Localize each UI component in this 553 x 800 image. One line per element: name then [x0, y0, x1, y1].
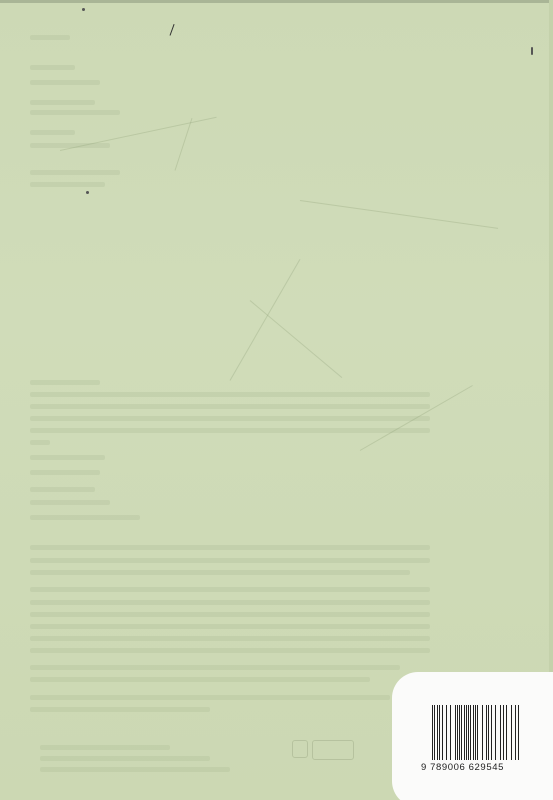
scratch-mark: [170, 24, 175, 36]
scratch-mark: [300, 200, 498, 229]
barcode-bar: [519, 705, 520, 760]
ghost-text-line: [30, 545, 430, 550]
ghost-text-line: [30, 404, 430, 409]
scratch-mark: [230, 259, 301, 381]
ghost-text-line: [30, 380, 100, 385]
ghost-text-line: [30, 707, 210, 712]
ghost-text-line: [30, 170, 120, 175]
ghost-text-line: [30, 35, 70, 40]
scratch-mark: [60, 117, 217, 151]
ghost-text-line: [30, 130, 75, 135]
ghost-text-line: [30, 558, 430, 563]
ghost-text-line: [30, 665, 400, 670]
ghost-text-line: [30, 695, 390, 700]
speck: [531, 47, 533, 55]
top-edge: [0, 0, 553, 3]
speck: [82, 8, 85, 11]
ghost-text-line: [30, 636, 430, 641]
scratch-mark: [250, 300, 343, 378]
ghost-text-line: [30, 182, 105, 187]
certification-logo-icon: [312, 740, 354, 760]
ghost-text-line: [30, 500, 110, 505]
ghost-text-line: [30, 587, 430, 592]
ghost-text-line: [30, 455, 105, 460]
ghost-text-line: [40, 756, 210, 761]
barcode-number: 9 789006 629545: [421, 762, 504, 773]
ghost-text-line: [30, 570, 410, 575]
ghost-text-line: [30, 648, 430, 653]
book-back-cover: 9 789006 629545: [0, 0, 553, 800]
ghost-text-line: [30, 100, 95, 105]
ghost-text-line: [30, 600, 430, 605]
ghost-text-line: [30, 65, 75, 70]
ghost-text-line: [40, 745, 170, 750]
ghost-text-line: [30, 440, 50, 445]
ghost-text-line: [30, 470, 100, 475]
recycle-logo-icon: [292, 740, 308, 758]
ghost-text-line: [30, 392, 430, 397]
ghost-text-line: [30, 487, 95, 492]
ghost-text-line: [30, 612, 430, 617]
ghost-text-line: [30, 416, 430, 421]
barcode: [432, 705, 520, 760]
ghost-text-line: [40, 767, 230, 772]
speck: [86, 191, 89, 194]
ghost-text-line: [30, 110, 120, 115]
ghost-text-line: [30, 515, 140, 520]
ghost-text-line: [30, 80, 100, 85]
ghost-text-line: [30, 624, 430, 629]
ghost-text-line: [30, 428, 430, 433]
ghost-text-line: [30, 677, 370, 682]
